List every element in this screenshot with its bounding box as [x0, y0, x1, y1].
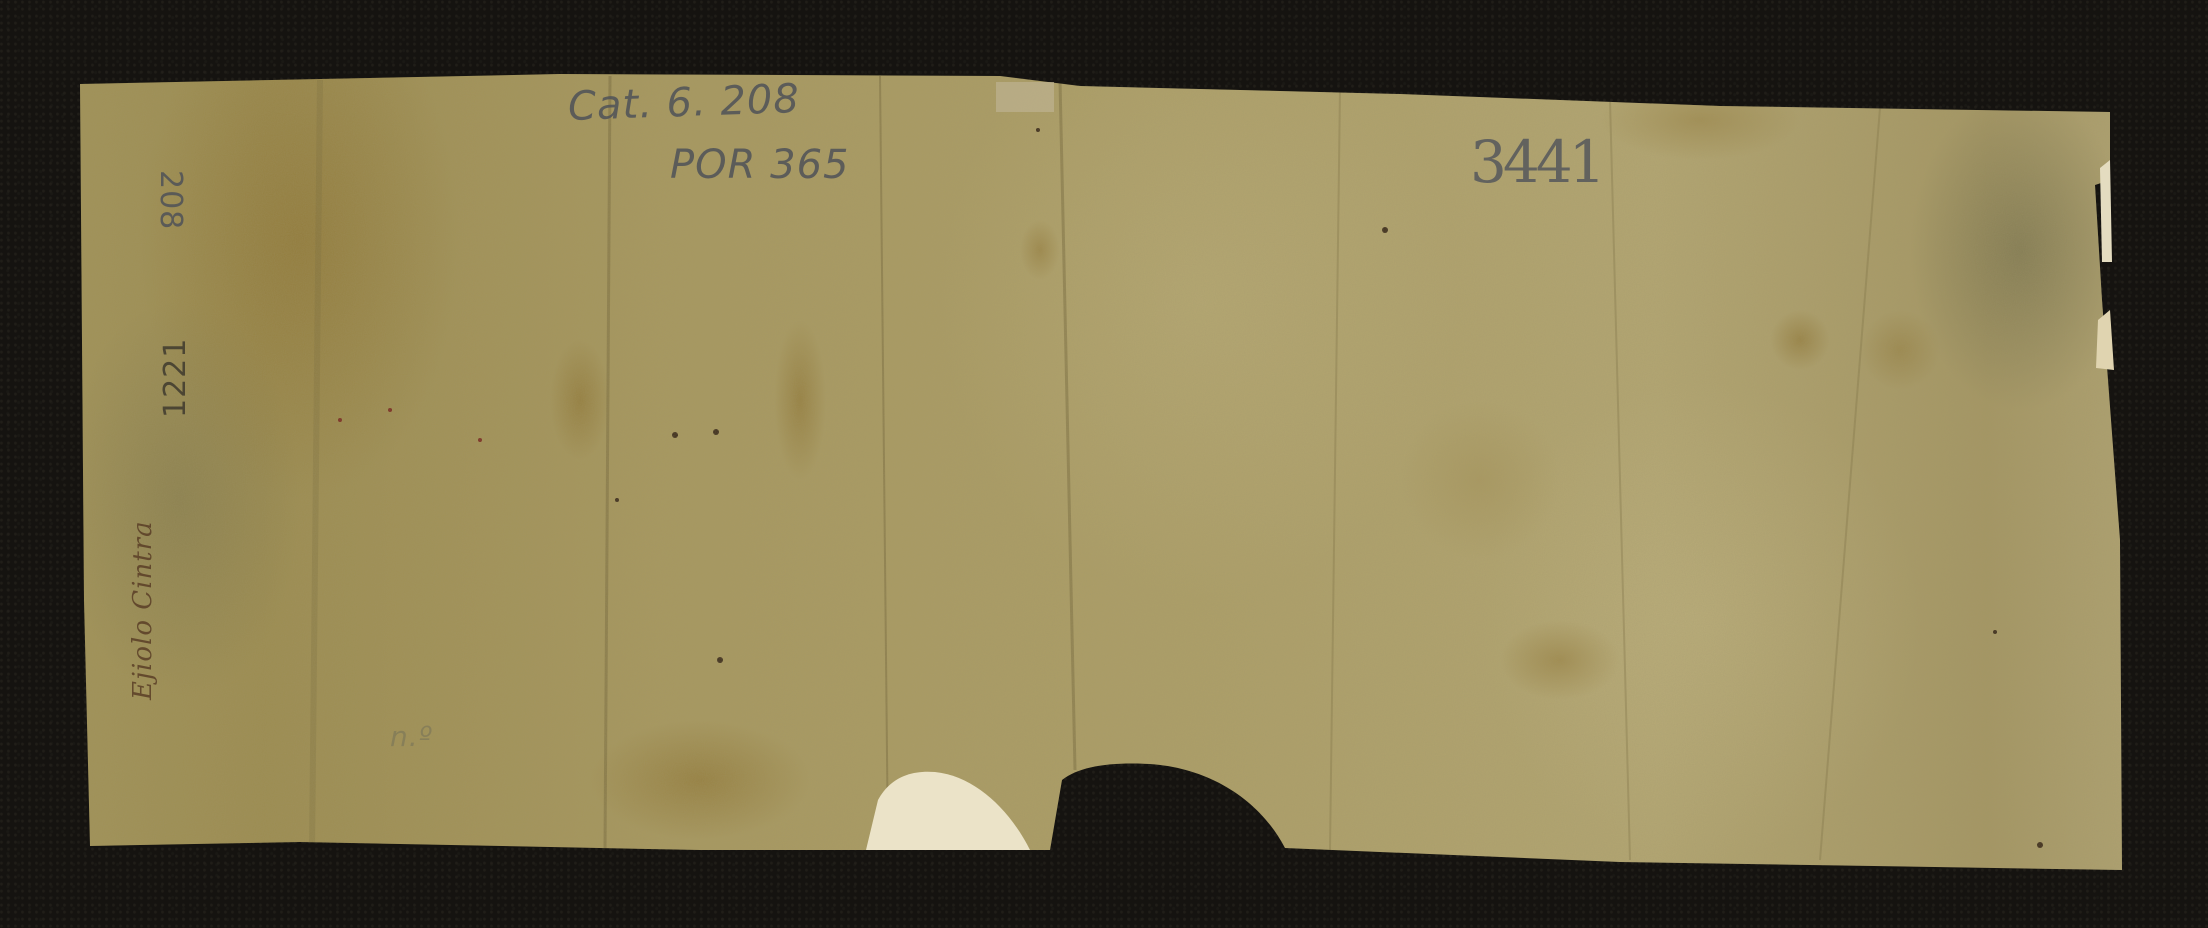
vertical-date-annotation: 1221: [158, 338, 193, 418]
number-annotation-top-right: 3441: [1470, 128, 1602, 196]
faint-annotation: n.º: [390, 720, 433, 753]
paper-repair-patch-top: [996, 82, 1054, 112]
parchment-graphic: [0, 0, 2208, 928]
paper-repair-patch-right-upper: [2100, 160, 2112, 262]
catalog-annotation: Cat. 6. 208: [567, 76, 800, 130]
vertical-number-annotation: 208: [153, 170, 188, 230]
vertical-script-annotation: Ejiolo Cintra: [128, 520, 158, 700]
parchment-sheet: Cat. 6. 208 POR 365 3441 208 1221 Ejiolo…: [0, 0, 2208, 928]
por-annotation: POR 365: [670, 142, 849, 188]
